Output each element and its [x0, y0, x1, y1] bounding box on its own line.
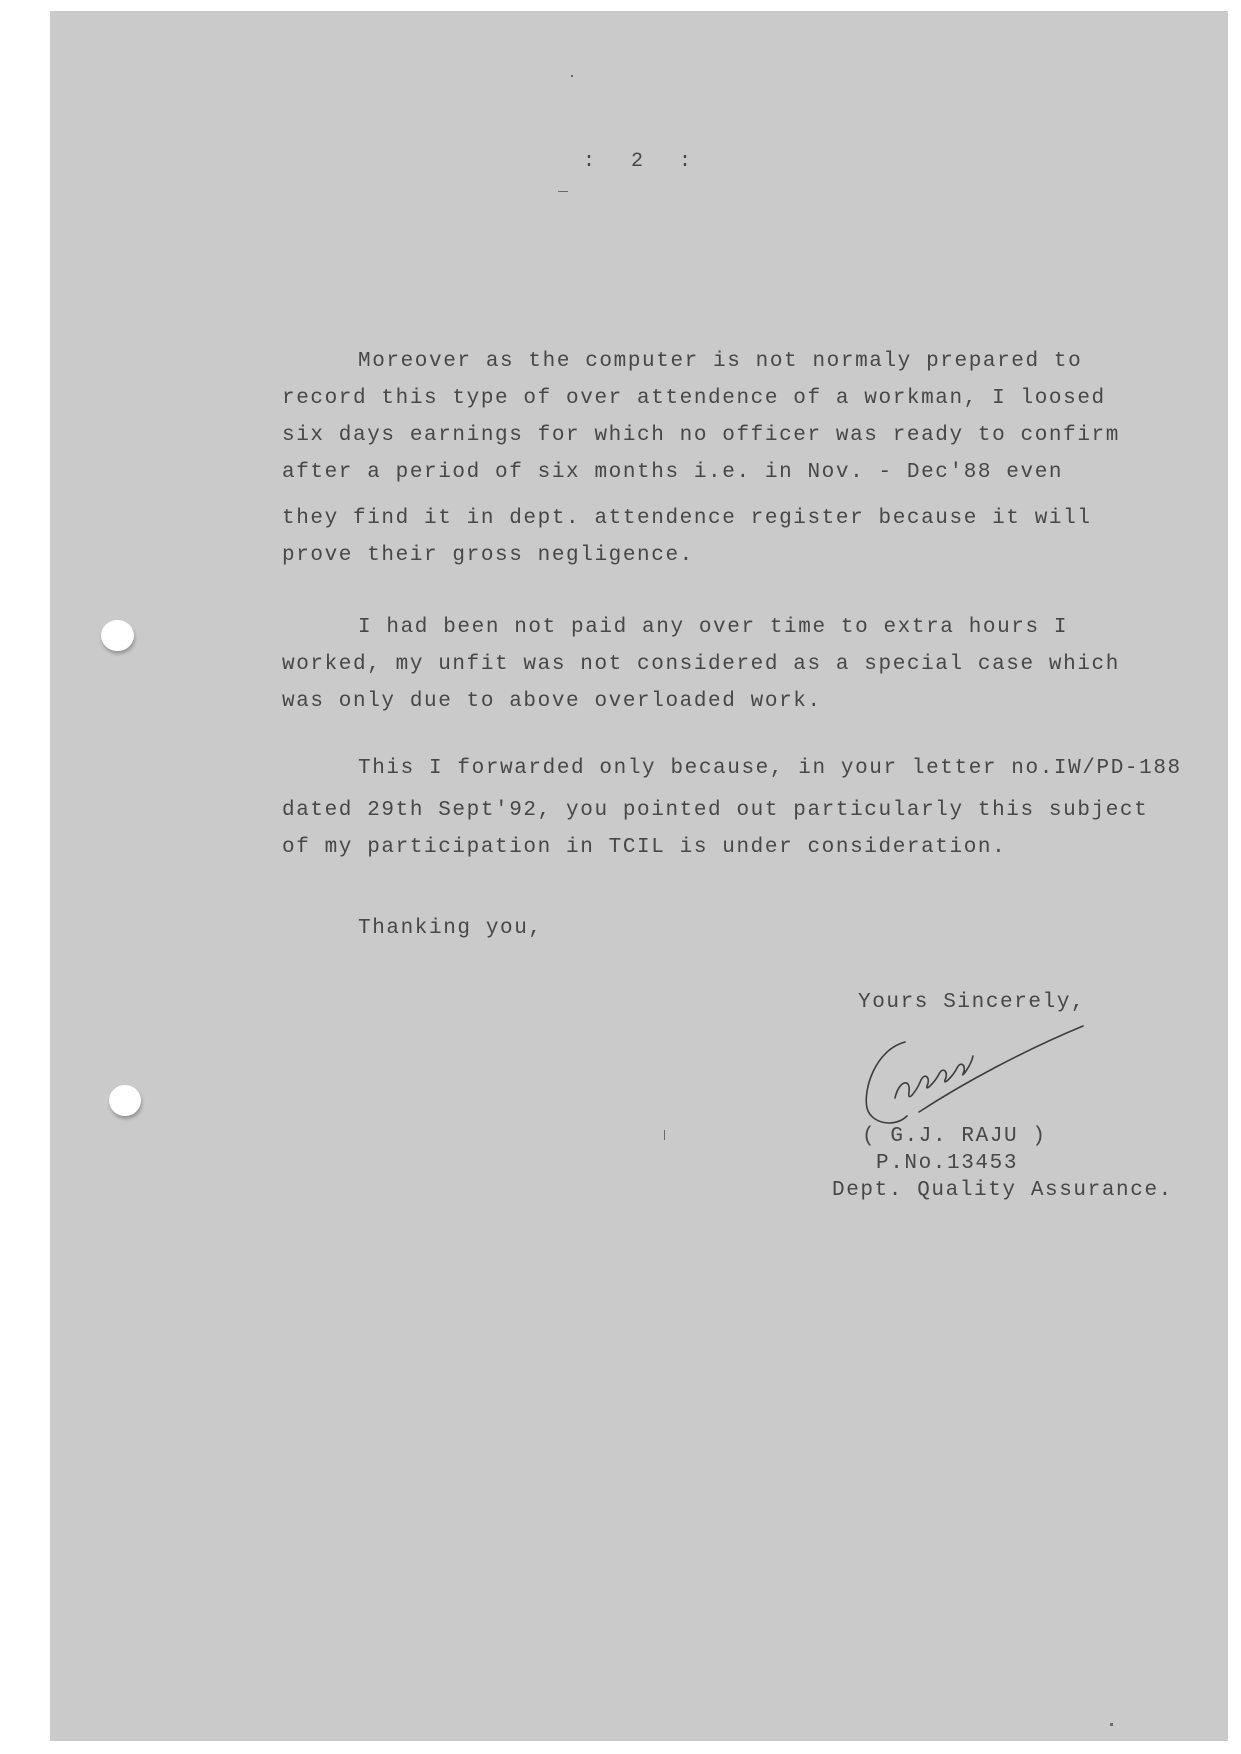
- personnel-number: P.No.13453: [876, 1153, 1018, 1174]
- paragraph-line: worked, my unfit was not considered as a…: [282, 654, 1120, 675]
- paragraph-first-line: Moreover as the computer is not normaly …: [358, 351, 1082, 372]
- scan-speck: [558, 191, 568, 192]
- paragraph-line: record this type of over attendence of a…: [282, 388, 1106, 409]
- paragraph-line: dated 29th Sept'92, you pointed out part…: [282, 800, 1148, 821]
- paragraph-line: after a period of six months i.e. in Nov…: [282, 462, 1063, 483]
- paragraph-line: six days earnings for which no officer w…: [282, 425, 1120, 446]
- handwritten-signature: [855, 1020, 1095, 1140]
- paragraph-first-line: This I forwarded only because, in your l…: [358, 758, 1182, 779]
- paragraph-line: prove their gross negligence.: [282, 545, 694, 566]
- scan-speck: [664, 1130, 665, 1140]
- scan-speck: [1110, 1723, 1113, 1726]
- paragraph-first-line: I had been not paid any over time to ext…: [358, 617, 1068, 638]
- paragraph-line: of my participation in TCIL is under con…: [282, 837, 1006, 858]
- signatory-name: ( G.J. RAJU ): [862, 1126, 1047, 1147]
- department: Dept. Quality Assurance.: [832, 1180, 1173, 1201]
- scanned-letter-page: [50, 11, 1228, 1741]
- closing-line: Thanking you,: [358, 918, 543, 939]
- page-number: : 2 :: [583, 152, 691, 172]
- punch-hole-top: [101, 620, 134, 651]
- paragraph-line: was only due to above overloaded work.: [282, 691, 822, 712]
- paragraph-line: they find it in dept. attendence registe…: [282, 508, 1092, 529]
- punch-hole-bottom: [109, 1085, 141, 1116]
- salutation: Yours Sincerely,: [858, 992, 1085, 1013]
- scan-speck: [571, 75, 573, 77]
